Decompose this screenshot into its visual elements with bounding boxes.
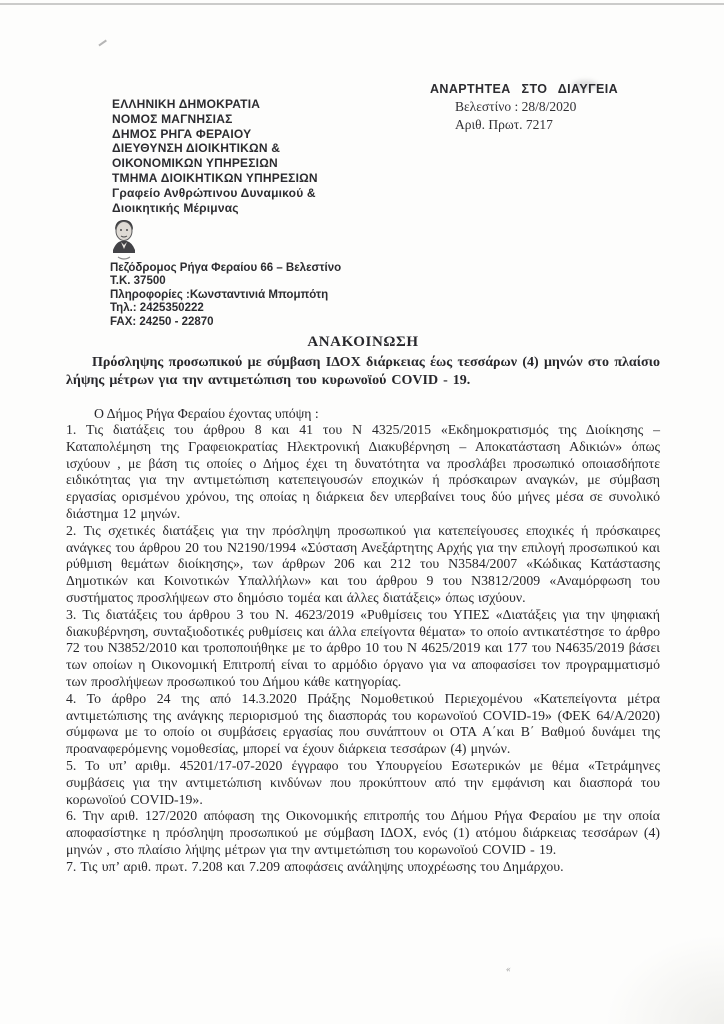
contact-info-person: Πληροφορίες :Κωνσταντινιά Μπομπότη bbox=[110, 289, 341, 302]
sender-block: ΕΛΛΗΝΙΚΗ ΔΗΜΟΚΡΑΤΙΑ ΝΟΜΟΣ ΜΑΓΝΗΣΙΑΣ ΔΗΜΟ… bbox=[112, 97, 318, 215]
protocol-block: ΑΝΑΡΤΗΤΕΑ ΣΤΟ ΔΙΑΥΓΕΙΑ Βελεστίνο : 28/8/… bbox=[430, 82, 618, 132]
scan-artifact-speck: « bbox=[506, 964, 511, 970]
document-subtitle: Πρόσληψης προσωπικού με σύμβαση ΙΔΟΧ διά… bbox=[66, 354, 660, 390]
rigas-feraios-portrait-emblem-icon bbox=[108, 218, 140, 262]
sender-office-line-1: Γραφείο Ανθρώπινου Δυναμικού & bbox=[112, 186, 318, 201]
contact-phone: Τηλ.: 2425350222 bbox=[110, 302, 341, 315]
sender-line-department: ΤΜΗΜΑ ΔΙΟΙΚΗΤΙΚΩΝ ΥΠΗΡΕΣΙΩΝ bbox=[112, 171, 318, 186]
protocol-number: Αριθ. Πρωτ. 7217 bbox=[455, 118, 618, 132]
sender-line-directorate-2: ΟΙΚΟΝΟΜΙΚΩΝ ΥΠΗΡΕΣΙΩΝ bbox=[112, 156, 318, 171]
scan-artifact-top-line bbox=[0, 3, 724, 5]
contact-block: Πεζόδρομος Ρήγα Φεραίου 66 – Βελεστίνο Τ… bbox=[110, 262, 341, 329]
scan-artifact-tick bbox=[98, 40, 106, 46]
document-title: ΑΝΑΚΟΙΝΩΣΗ bbox=[66, 334, 660, 350]
body-paragraph: 2. Τις σχετικές διατάξεις για την πρόσλη… bbox=[66, 523, 660, 607]
body-paragraph: 1. Τις διατάξεις του άρθρου 8 και 41 του… bbox=[66, 422, 660, 523]
sender-office-line-2: Διοικητικής Μέριμνας bbox=[112, 201, 318, 216]
scanned-document-page: « ΕΛΛΗΝΙΚΗ ΔΗΜΟΚΡΑΤΙΑ ΝΟΜΟΣ ΜΑΓΝΗΣΙΑΣ ΔΗ… bbox=[0, 0, 724, 1024]
body-paragraph: 7. Τις υπ’ αριθ. πρωτ. 7.208 και 7.209 α… bbox=[66, 859, 660, 876]
sender-line-republic: ΕΛΛΗΝΙΚΗ ΔΗΜΟΚΡΑΤΙΑ bbox=[112, 97, 318, 112]
body-paragraph: 4. Το άρθρο 24 της από 14.3.2020 Πράξης … bbox=[66, 691, 660, 758]
scan-artifact-corner-shading bbox=[604, 934, 724, 1024]
contact-fax: FAX: 24250 - 22870 bbox=[110, 316, 341, 329]
intro-line: Ο Δήμος Ρήγα Φεραίου έχοντας υπόψη : bbox=[66, 405, 660, 422]
sender-line-municipality: ΔΗΜΟΣ ΡΗΓΑ ΦΕΡΑΙΟΥ bbox=[112, 127, 318, 142]
body-paragraph: 3. Τις διατάξεις του άρθρου 3 του Ν. 462… bbox=[66, 607, 660, 691]
sender-line-prefecture: ΝΟΜΟΣ ΜΑΓΝΗΣΙΑΣ bbox=[112, 112, 318, 127]
body-paragraph: 5. Το υπ’ αριθμ. 45201/17-07-2020 έγγραφ… bbox=[66, 758, 660, 808]
sender-line-directorate-1: ΔΙΕΥΘΥΝΣΗ ΔΙΟΙΚΗΤΙΚΩΝ & bbox=[112, 141, 318, 156]
diavgeia-posting-label: ΑΝΑΡΤΗΤΕΑ ΣΤΟ ΔΙΑΥΓΕΙΑ bbox=[430, 82, 618, 96]
body-paragraph: 6. Την αριθ. 127/2020 απόφαση της Οικονο… bbox=[66, 808, 660, 858]
announcement-body: ΑΝΑΚΟΙΝΩΣΗ Πρόσληψης προσωπικού με σύμβα… bbox=[66, 334, 660, 876]
contact-postal-code: Τ.Κ. 37500 bbox=[110, 275, 341, 288]
contact-address: Πεζόδρομος Ρήγα Φεραίου 66 – Βελεστίνο bbox=[110, 262, 341, 275]
place-date: Βελεστίνο : 28/8/2020 bbox=[455, 100, 618, 114]
